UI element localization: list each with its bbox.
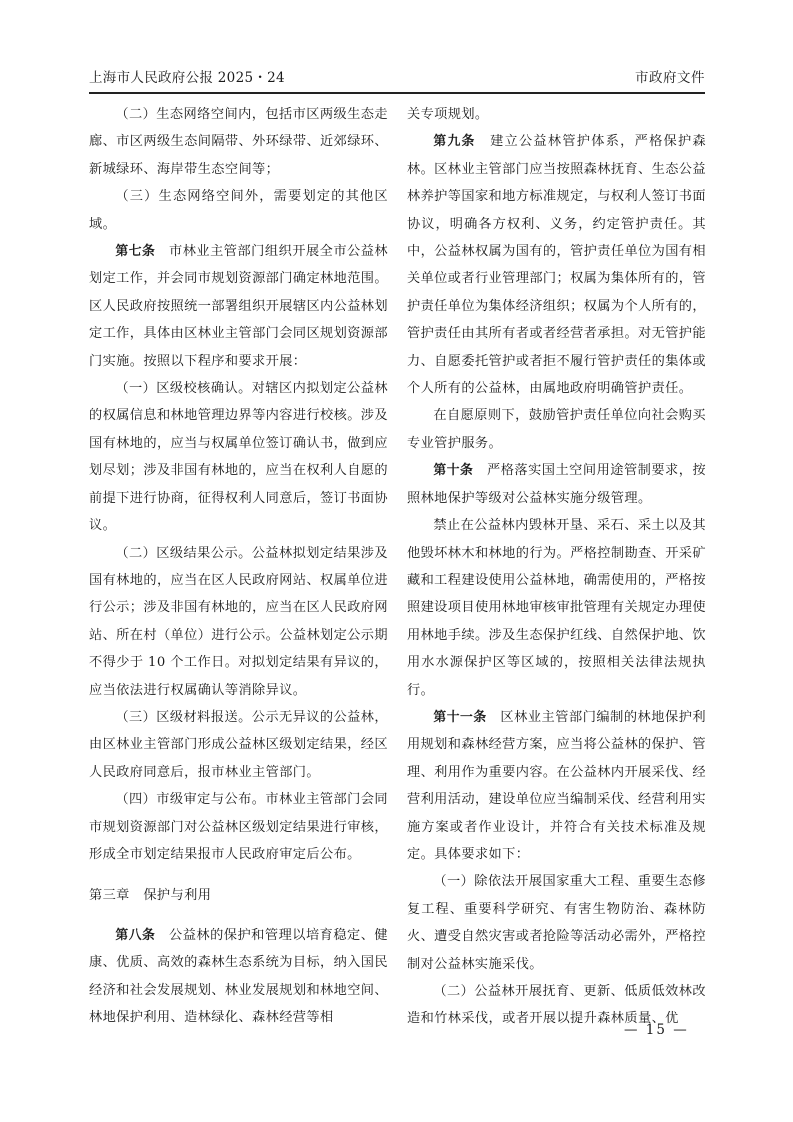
article-11: 第十一条 区林业主管部门编制的林地保护利用规划和森林经营方案，应当将公益林的保护… — [407, 704, 706, 868]
header-rule — [89, 92, 705, 94]
article-7: 第七条 市林业主管部门组织开展全市公益林划定工作，并会同市规划资源部门确定林地范… — [89, 238, 388, 375]
article-label: 第十一条 — [433, 710, 486, 725]
paragraph: （四）市级审定与公布。市林业主管部门会同市规划资源部门对公益林区级划定结果进行审… — [89, 786, 388, 868]
paragraph: （一）除依法开展国家重大工程、重要生态修复工程、重要科学研究、有害生物防治、森林… — [407, 868, 706, 978]
section-title: 市政府文件 — [635, 66, 705, 86]
article-label: 第七条 — [115, 244, 155, 259]
article-9: 第九条 建立公益林管护体系，严格保护森林。区林业主管部门应当按照森林抚育、生态公… — [407, 128, 706, 402]
paragraph: 禁止在公益林内毁林开垦、采石、采土以及其他毁坏林木和林地的行为。严格控制勘查、开… — [407, 512, 706, 704]
article-10: 第十条 严格落实国土空间用途管制要求，按照林地保护等级对公益林实施分级管理。 — [407, 457, 706, 512]
paragraph: （二）区级结果公示。公益林拟划定结果涉及国有林地的，应当在区人民政府网站、权属单… — [89, 540, 388, 704]
article-8: 第八条 公益林的保护和管理以培育稳定、健康、优质、高效的森林生态系统为目标，纳入… — [89, 922, 388, 1032]
article-label: 第九条 — [433, 134, 475, 149]
article-label: 第十条 — [433, 463, 473, 478]
right-column: 关专项规划。 第九条 建立公益林管护体系，严格保护森林。区林业主管部门应当按照森… — [407, 101, 706, 1033]
page-number: — 15 — — [624, 1022, 689, 1038]
paragraph: 在自愿原则下，鼓励管护责任单位向社会购买专业管护服务。 — [407, 402, 706, 457]
paragraph: （一）区级校核确认。对辖区内拟划定公益林的权属信息和林地管理边界等内容进行校核。… — [89, 375, 388, 539]
article-label: 第八条 — [115, 928, 155, 943]
article-text: 市林业主管部门组织开展全市公益林划定工作，并会同市规划资源部门确定林地范围。区人… — [89, 244, 388, 369]
paragraph: （三）区级材料报送。公示无异议的公益林，由区林业主管部门形成公益林区级划定结果，… — [89, 704, 388, 786]
left-column: （二）生态网络空间内，包括市区两级生态走廊、市区两级生态间隔带、外环绿带、近郊绿… — [89, 101, 388, 1031]
article-text: 建立公益林管护体系，严格保护森林。区林业主管部门应当按照森林抚育、生态公益林养护… — [407, 134, 706, 396]
paragraph: 关专项规划。 — [407, 101, 706, 128]
running-header: 上海市人民政府公报 2025・24 市政府文件 — [89, 66, 705, 86]
chapter-heading: 第三章 保护与利用 — [89, 882, 388, 909]
paragraph: （二）生态网络空间内，包括市区两级生态走廊、市区两级生态间隔带、外环绿带、近郊绿… — [89, 101, 388, 183]
article-text: 区林业主管部门编制的林地保护利用规划和森林经营方案，应当将公益林的保护、管理、利… — [407, 710, 706, 862]
paragraph: （三）生态网络空间外，需要划定的其他区域。 — [89, 183, 388, 238]
publication-title: 上海市人民政府公报 2025・24 — [89, 66, 285, 86]
